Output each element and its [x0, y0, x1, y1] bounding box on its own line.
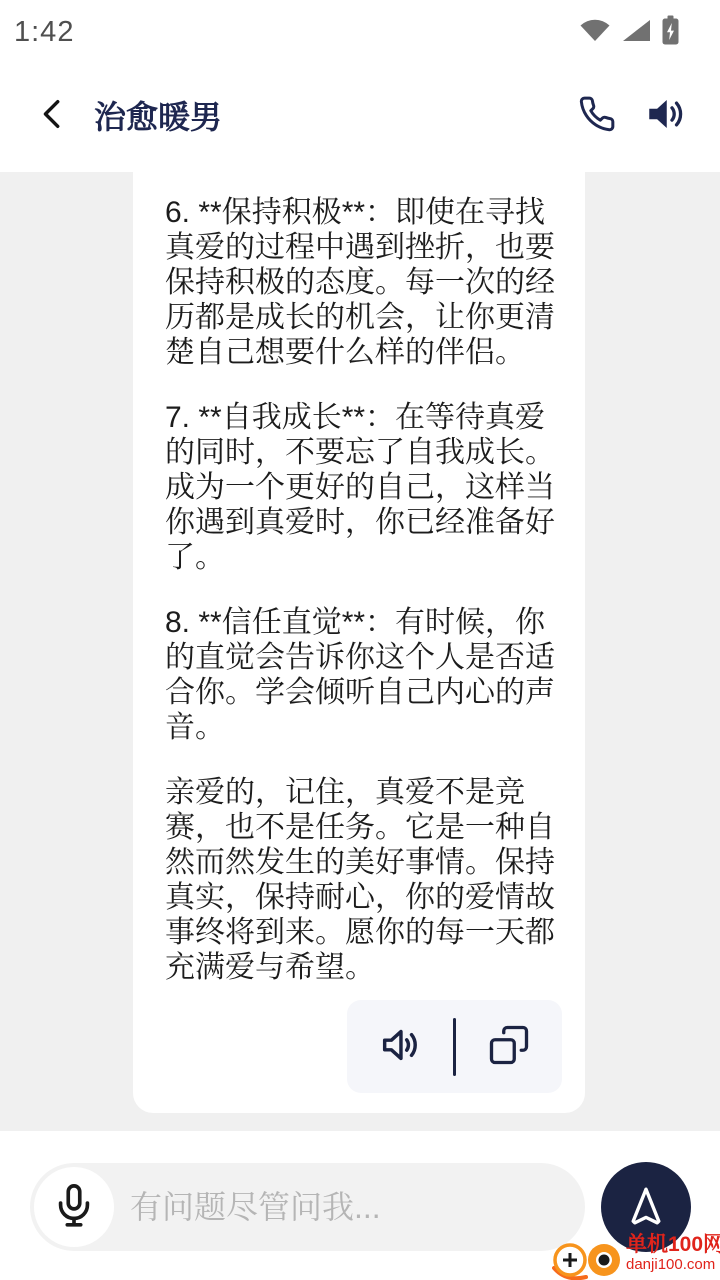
- chat-area: 6. **保持积极**：即使在寻找真爱的过程中遇到挫折，也要保持积极的态度。每一…: [0, 172, 720, 1131]
- app-header: 治愈暖男: [0, 58, 720, 172]
- header-actions: [578, 93, 686, 138]
- message-paragraph: 7. **自我成长**：在等待真爱的同时，不要忘了自我成长。成为一个更好的自己，…: [165, 400, 555, 575]
- message-paragraph: 亲爱的，记住，真爱不是竞赛，也不是任务。它是一种自然而然发生的美好事情。保持真实…: [165, 775, 555, 985]
- message-paragraph: 6. **保持积极**：即使在寻找真爱的过程中遇到挫折，也要保持积极的态度。每一…: [165, 195, 555, 370]
- read-aloud-button[interactable]: [347, 1000, 453, 1093]
- signal-icon: [620, 18, 652, 47]
- message-input-pill: [30, 1163, 585, 1251]
- phone-icon: [578, 95, 616, 136]
- assistant-message-bubble: 6. **保持积极**：即使在寻找真爱的过程中遇到挫折，也要保持积极的态度。每一…: [133, 172, 585, 1113]
- message-action-bar: [347, 1000, 562, 1093]
- input-bar: [0, 1131, 720, 1280]
- message-paragraph: 8. **信任直觉**：有时候，你的直觉会告诉你这个人是否适合你。学会倾听自己内…: [165, 605, 555, 745]
- status-time: 1:42: [14, 16, 74, 49]
- copy-button[interactable]: [456, 1000, 562, 1093]
- status-bar: 1:42: [0, 0, 720, 58]
- speaker-toggle-button[interactable]: [644, 93, 686, 138]
- send-icon: [622, 1182, 670, 1233]
- voice-input-button[interactable]: [34, 1167, 114, 1247]
- microphone-icon: [51, 1183, 97, 1232]
- back-icon: [36, 97, 70, 134]
- back-button[interactable]: [34, 96, 72, 134]
- message-input[interactable]: [130, 1189, 565, 1226]
- contact-name: 治愈暖男: [94, 92, 222, 138]
- status-icons: [579, 15, 680, 50]
- send-button[interactable]: [601, 1162, 691, 1252]
- speaker-icon: [377, 1022, 423, 1071]
- chat-screen: 1:42 治愈暖男: [0, 0, 720, 1280]
- call-button[interactable]: [578, 95, 616, 136]
- copy-icon: [488, 1024, 530, 1069]
- battery-charging-icon: [661, 15, 680, 50]
- wifi-icon: [579, 18, 611, 47]
- speaker-icon: [644, 93, 686, 138]
